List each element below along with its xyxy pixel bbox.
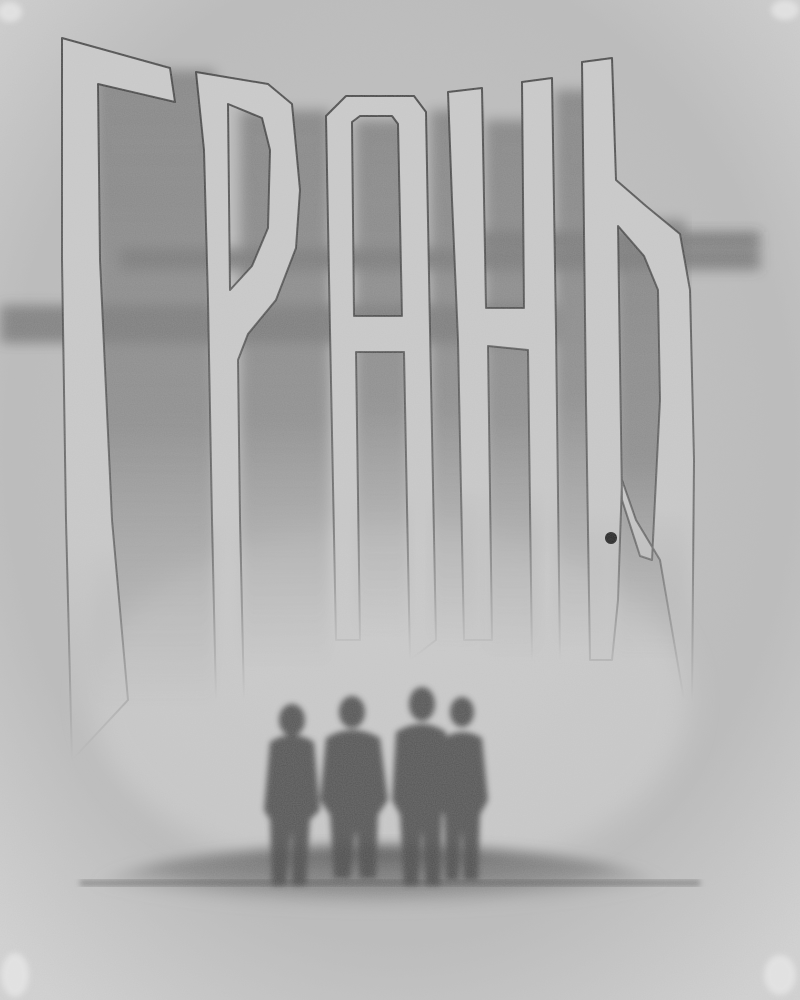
artwork-canvas: ГРАНЬ [0, 0, 800, 1000]
paper-grain [0, 0, 800, 1000]
artwork-illustration [0, 0, 800, 1000]
